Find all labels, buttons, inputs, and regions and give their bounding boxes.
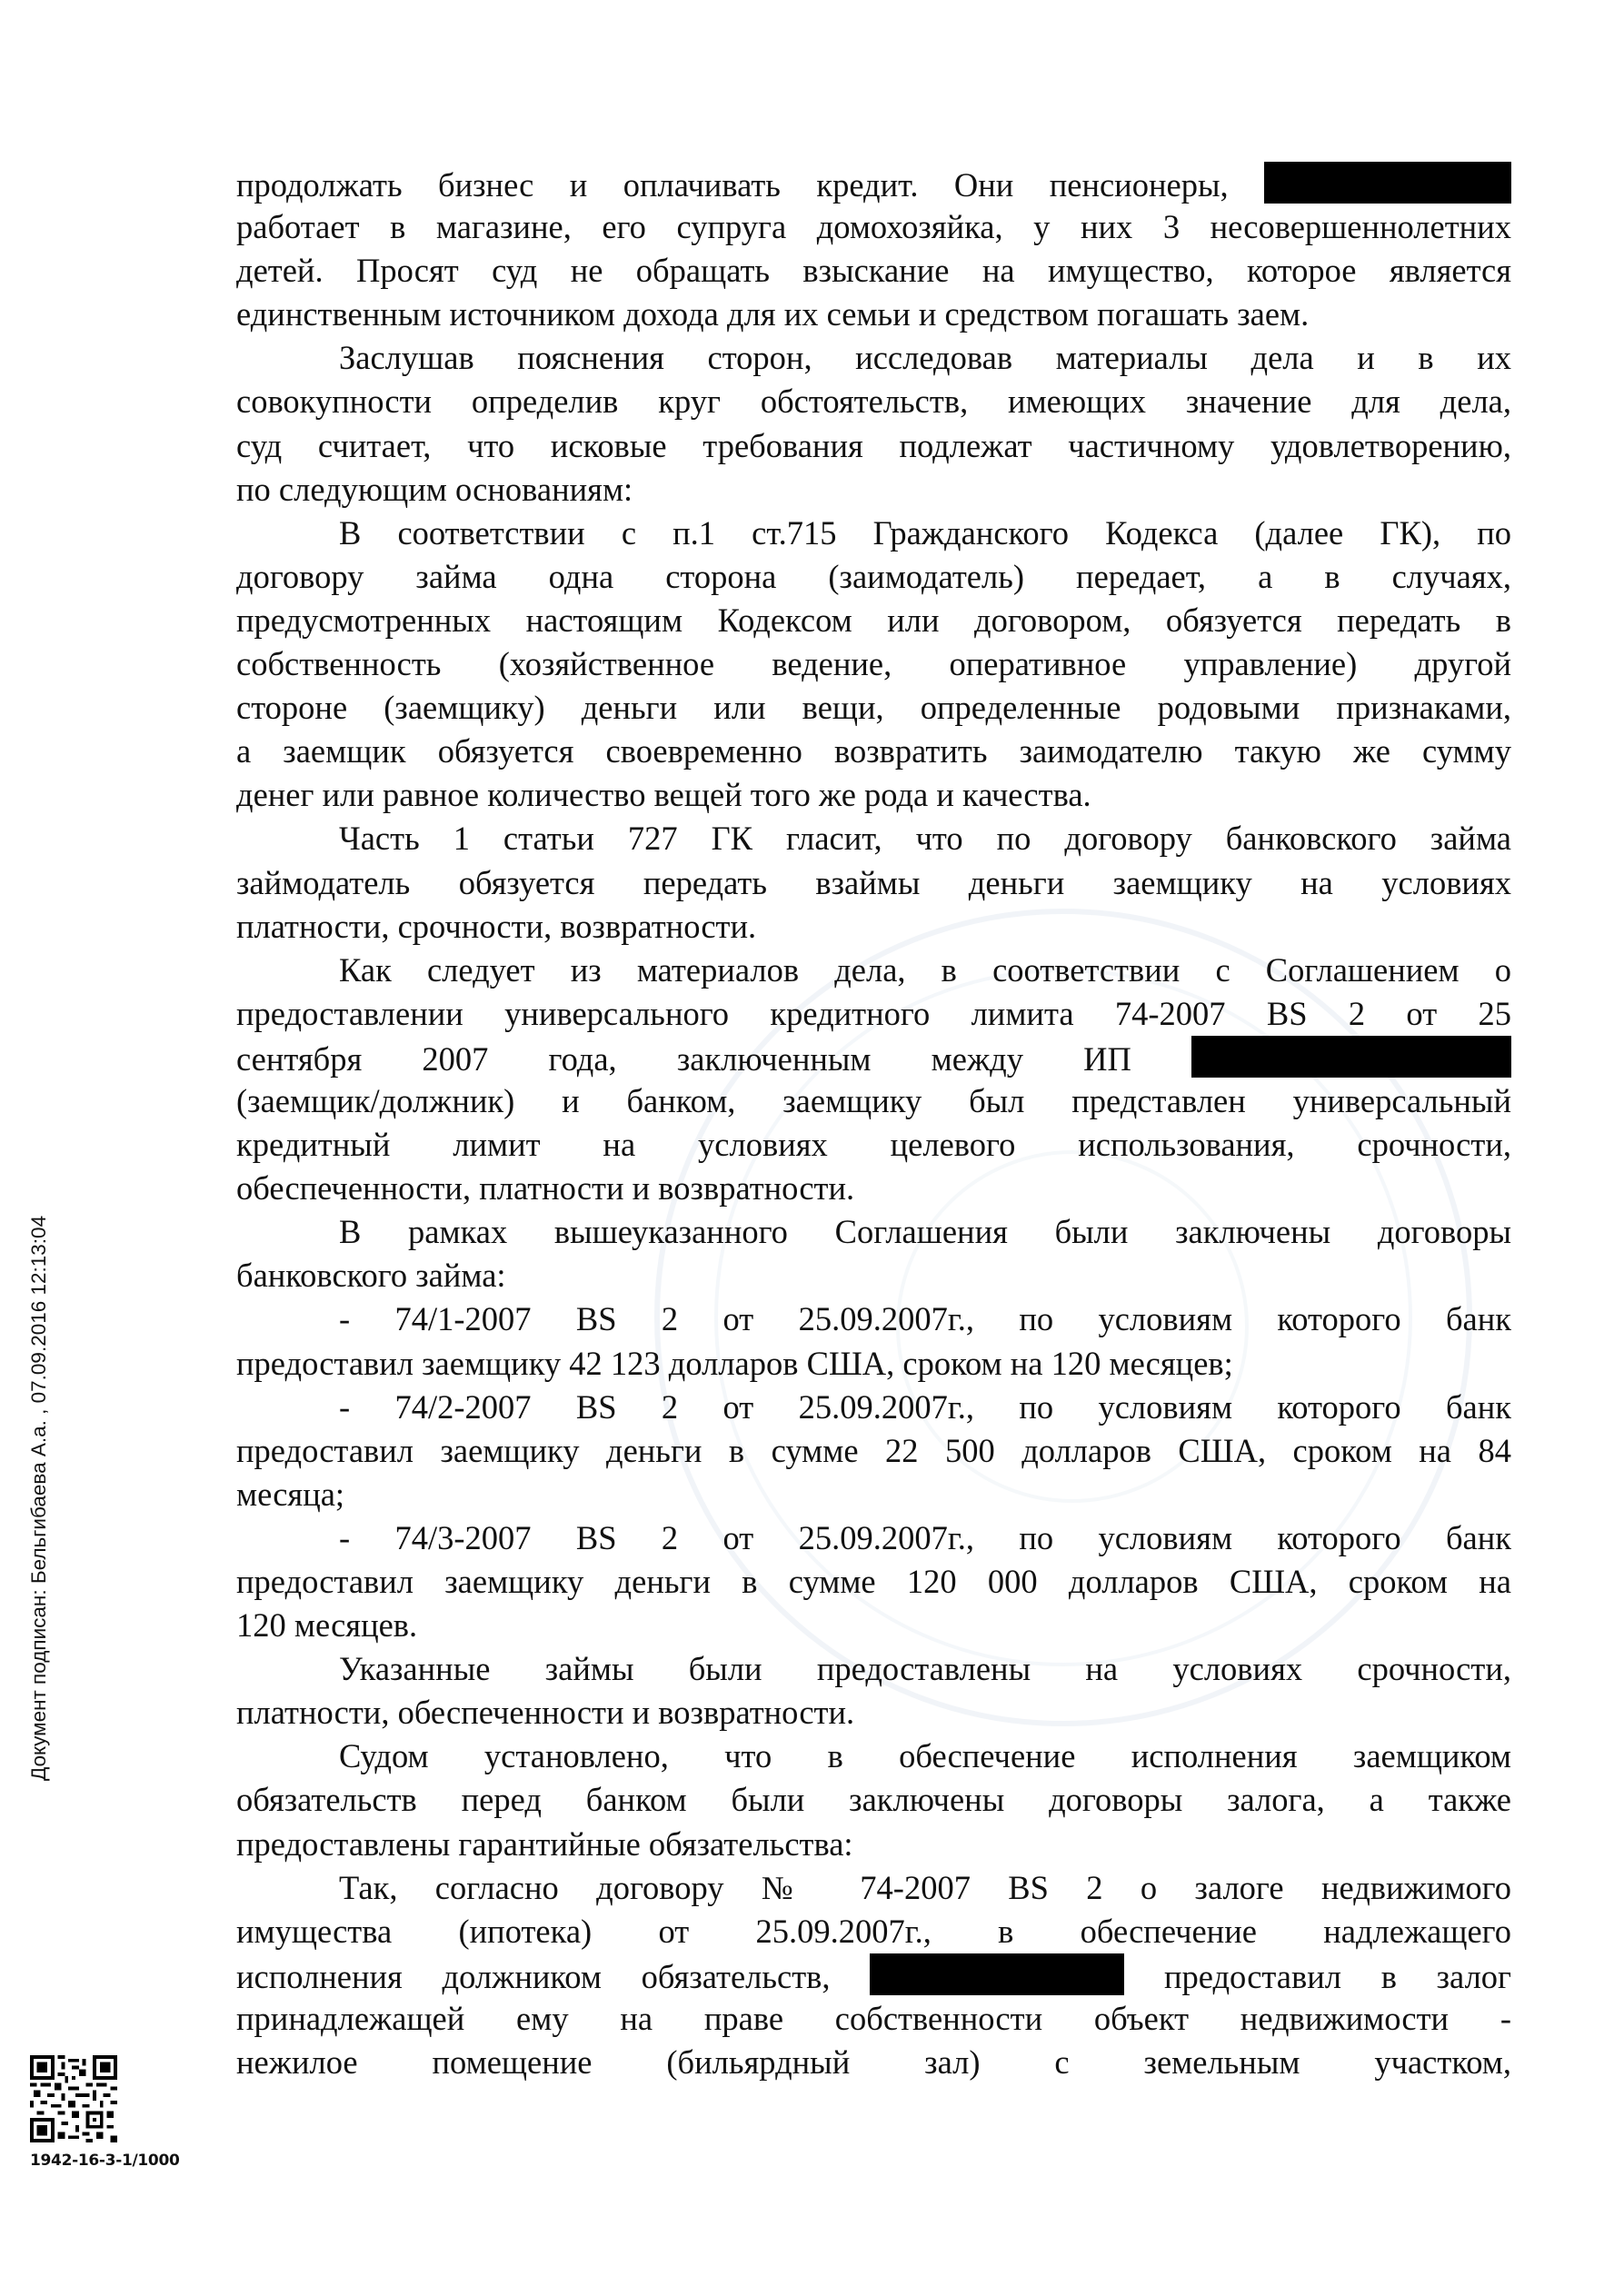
text-line: кредитный лимит на условиях целевого исп…	[236, 1123, 1511, 1167]
text-line: договору займа одна сторона (заимодатель…	[236, 555, 1511, 599]
qr-code-icon	[30, 2055, 117, 2142]
text-line: совокупности определив круг обстоятельст…	[236, 380, 1511, 423]
text-line: исполнения должником обязательств, предо…	[236, 1953, 1511, 1997]
text-line: обязательств перед банком были заключены…	[236, 1778, 1511, 1822]
text-line: Указанные займы были предоставлены на ус…	[236, 1647, 1511, 1691]
text-line: Часть 1 статьи 727 ГК гласит, что по дог…	[236, 817, 1511, 860]
text-line: собственность (хозяйственное ведение, оп…	[236, 642, 1511, 686]
text-line: В соответствии с п.1 ст.715 Гражданского…	[236, 512, 1511, 555]
text-line: работает в магазине, его супруга домохоз…	[236, 205, 1511, 249]
redaction-box	[870, 1953, 1124, 1995]
text-line: В рамках вышеуказанного Соглашения были …	[236, 1210, 1511, 1254]
text-line: Так, согласно договору № 74-2007 BS 2 о …	[236, 1866, 1511, 1910]
text-line: стороне (заемщику) деньги или вещи, опре…	[236, 686, 1511, 730]
text-line: продолжать бизнес и оплачивать кредит. О…	[236, 162, 1511, 205]
text-line: принадлежащей ему на праве собственности…	[236, 1997, 1511, 2041]
list-item-line: месяца;	[236, 1473, 1511, 1516]
text-line: сентября 2007 года, заключенным между ИП	[236, 1036, 1511, 1079]
list-item-line: предоставил заемщику 42 123 долларов США…	[236, 1342, 1511, 1386]
list-item-line: - 74/1-2007 BS 2 от 25.09.2007г., по усл…	[236, 1297, 1511, 1341]
redaction-box	[1191, 1036, 1511, 1078]
list-item-line: 120 месяцев.	[236, 1604, 1511, 1647]
text-line: денег или равное количество вещей того ж…	[236, 773, 1511, 817]
text-line: предоставлении универсального кредитного…	[236, 992, 1511, 1036]
list-item-line: - 74/2-2007 BS 2 от 25.09.2007г., по усл…	[236, 1386, 1511, 1429]
text-line: по следующим основаниям:	[236, 468, 1511, 512]
document-body: продолжать бизнес и оплачивать кредит. О…	[236, 162, 1511, 2084]
text-line: нежилое помещение (бильярдный зал) с зем…	[236, 2041, 1511, 2084]
text-line: суд считает, что исковые требования подл…	[236, 424, 1511, 468]
list-item-line: предоставил заемщику деньги в сумме 22 5…	[236, 1429, 1511, 1473]
list-item-line: предоставил заемщику деньги в сумме 120 …	[236, 1560, 1511, 1604]
text-line: банковского займа:	[236, 1254, 1511, 1297]
text-line: детей. Просят суд не обращать взыскание …	[236, 249, 1511, 293]
redaction-box	[1264, 162, 1511, 204]
text-line: Судом установлено, что в обеспечение исп…	[236, 1734, 1511, 1778]
text-line: предоставлены гарантийные обязательства:	[236, 1823, 1511, 1866]
text-line: займодатель обязуется передать взаймы де…	[236, 861, 1511, 905]
text-line: а заемщик обязуется своевременно возврат…	[236, 730, 1511, 773]
text-line: Заслушав пояснения сторон, исследовав ма…	[236, 336, 1511, 380]
document-page: продолжать бизнес и оплачивать кредит. О…	[0, 0, 1624, 2296]
text-line: единственным источником дохода для их се…	[236, 293, 1511, 336]
list-item-line: - 74/3-2007 BS 2 от 25.09.2007г., по усл…	[236, 1516, 1511, 1560]
text-line: предусмотренных настоящим Кодексом или д…	[236, 599, 1511, 642]
text-line: Как следует из материалов дела, в соотве…	[236, 949, 1511, 992]
digital-signature-stamp: Документ подписан: Бельгибаева А.а. , 07…	[27, 1145, 51, 1781]
text-line: платности, срочности, возвратности.	[236, 905, 1511, 949]
text-line: имущества (ипотека) от 25.09.2007г., в о…	[236, 1910, 1511, 1953]
document-code: 1942-16-3-1/1000	[30, 2152, 180, 2170]
text-line: обеспеченности, платности и возвратности…	[236, 1167, 1511, 1210]
text-line: (заемщик/должник) и банком, заемщику был…	[236, 1079, 1511, 1123]
text-line: платности, обеспеченности и возвратности…	[236, 1691, 1511, 1734]
